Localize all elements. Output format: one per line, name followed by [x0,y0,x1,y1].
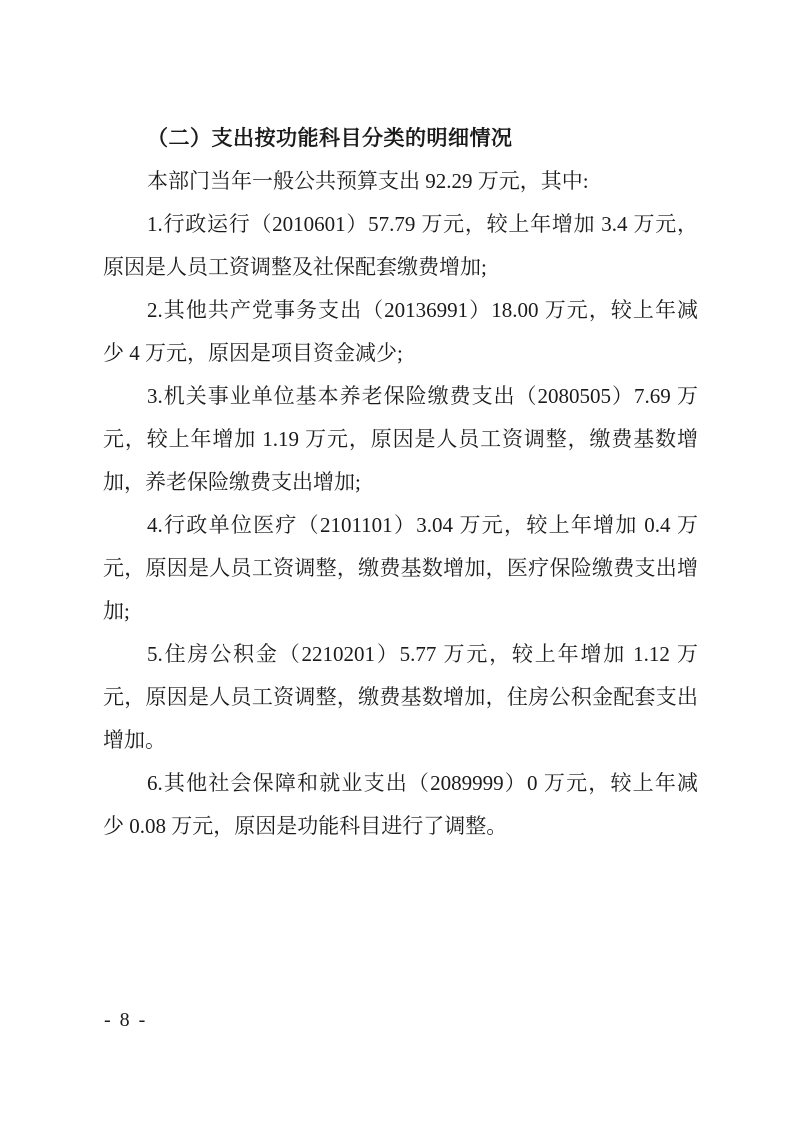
text-line: 元，较上年增加 1.19 万元，原因是人员工资调整，缴费基数增 [103,418,698,461]
text-line: 2.其他共产党事务支出（20136991）18.00 万元，较上年减 [103,289,698,332]
paragraph-item-5: 5.住房公积金（2210201）5.77 万元，较上年增加 1.12 万 元，原… [103,633,698,762]
text-line: 5.住房公积金（2210201）5.77 万元，较上年增加 1.12 万 [103,633,698,676]
text-line: 4.行政单位医疗（2101101）3.04 万元，较上年增加 0.4 万 [103,504,698,547]
page-number: - 8 - [104,1007,147,1033]
text-line: 少 0.08 万元，原因是功能科目进行了调整。 [103,805,698,848]
paragraph-item-1: 1.行政运行（2010601）57.79 万元，较上年增加 3.4 万元， 原因… [103,203,698,289]
document-body: （二）支出按功能科目分类的明细情况 本部门当年一般公共预算支出 92.29 万元… [103,117,698,848]
paragraph-item-3: 3.机关事业单位基本养老保险缴费支出（2080505）7.69 万 元，较上年增… [103,375,698,504]
text-line: 少 4 万元，原因是项目资金减少; [103,332,698,375]
paragraph-item-6: 6.其他社会保障和就业支出（2089999）0 万元，较上年减 少 0.08 万… [103,762,698,848]
text-line: 本部门当年一般公共预算支出 92.29 万元，其中: [103,160,698,203]
text-line: 元，原因是人员工资调整，缴费基数增加，医疗保险缴费支出增 [103,547,698,590]
section-heading: （二）支出按功能科目分类的明细情况 [103,117,698,160]
paragraph-item-2: 2.其他共产党事务支出（20136991）18.00 万元，较上年减 少 4 万… [103,289,698,375]
text-line: 元，原因是人员工资调整，缴费基数增加，住房公积金配套支出 [103,676,698,719]
text-line: 增加。 [103,719,698,762]
text-line: 6.其他社会保障和就业支出（2089999）0 万元，较上年减 [103,762,698,805]
text-line: 3.机关事业单位基本养老保险缴费支出（2080505）7.69 万 [103,375,698,418]
paragraph-intro: 本部门当年一般公共预算支出 92.29 万元，其中: [103,160,698,203]
text-line: 加，养老保险缴费支出增加; [103,461,698,504]
document-page: { "colors": { "background": "#ffffff", "… [0,0,793,1122]
text-line: 原因是人员工资调整及社保配套缴费增加; [103,246,698,289]
paragraph-item-4: 4.行政单位医疗（2101101）3.04 万元，较上年增加 0.4 万 元，原… [103,504,698,633]
text-line: 1.行政运行（2010601）57.79 万元，较上年增加 3.4 万元， [103,203,698,246]
text-line: 加; [103,590,698,633]
